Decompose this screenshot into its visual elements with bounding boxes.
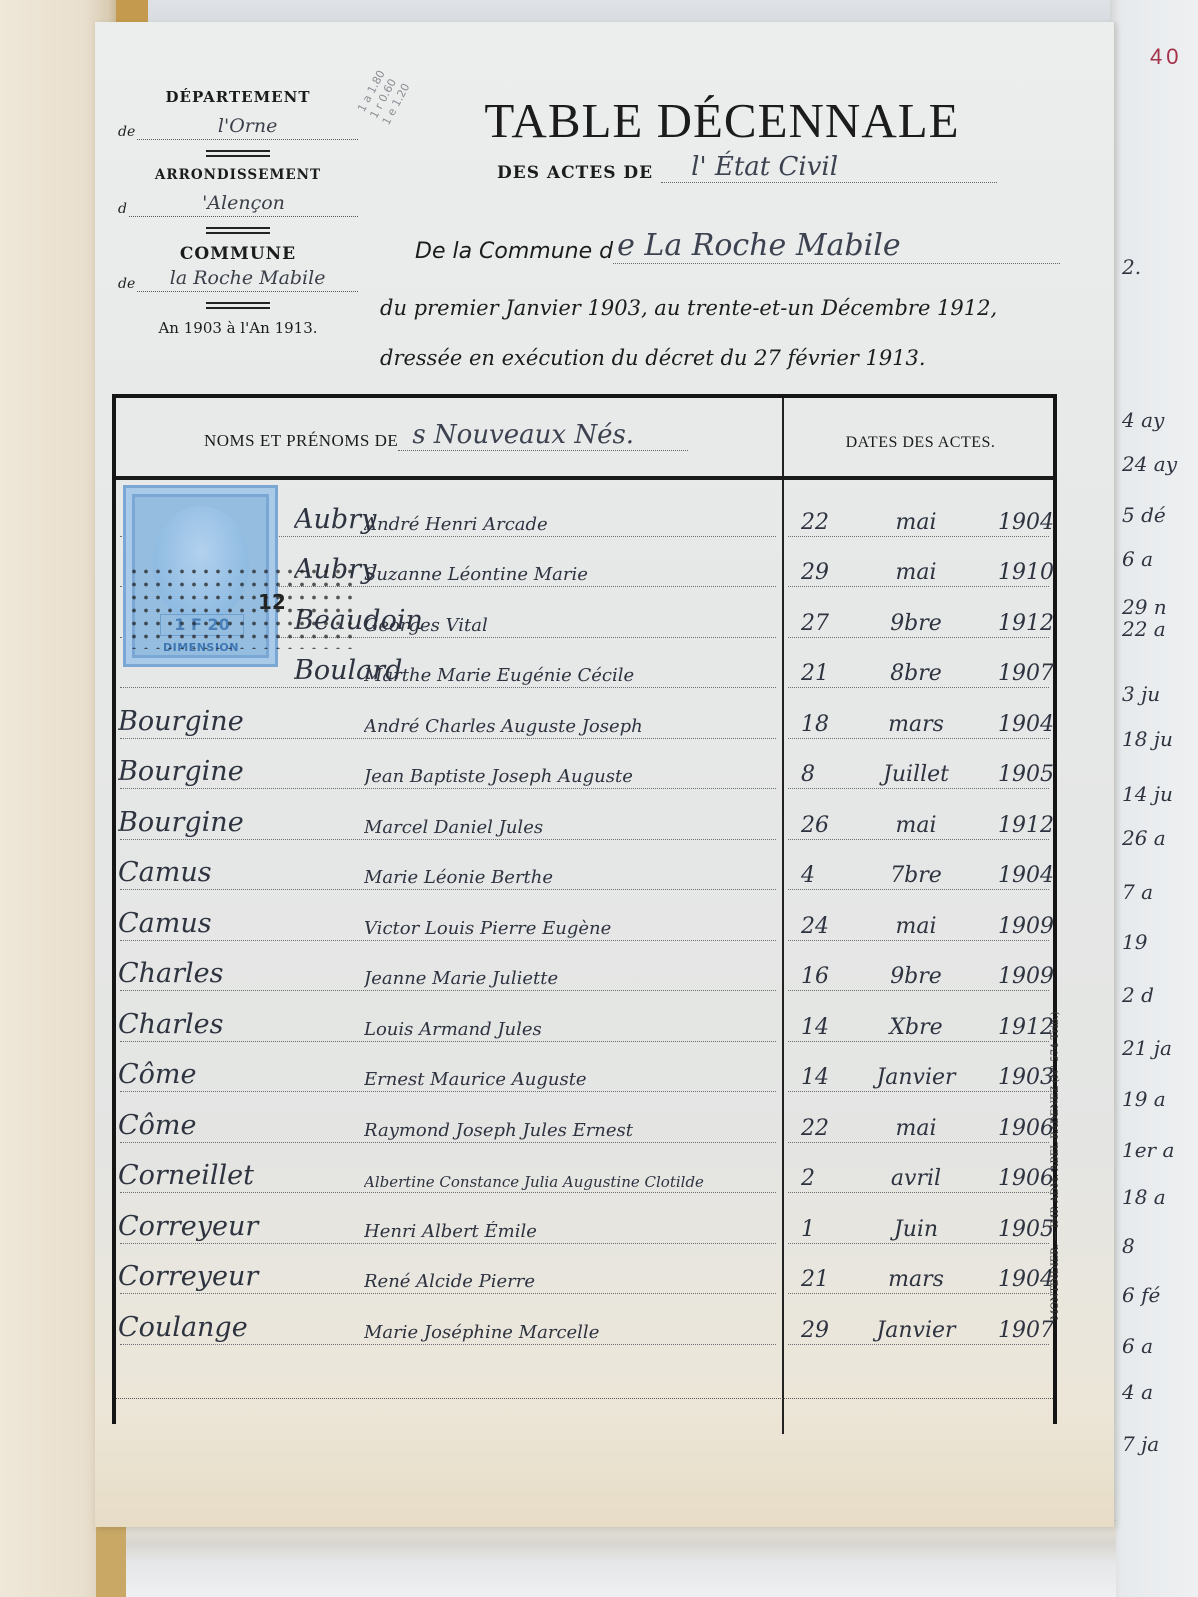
adjacent-note: 3 ju (1122, 682, 1160, 706)
adjacent-note: 4 ay (1122, 408, 1164, 432)
surname: Charles (118, 958, 278, 989)
department-field: de l'Orne (118, 108, 358, 140)
date-day: 2 (801, 1166, 851, 1191)
adjacent-note: 2. (1122, 255, 1141, 279)
date-month: mai (861, 813, 971, 838)
date-year: 1905 (978, 1217, 1054, 1242)
adjacent-note: 2 d (1122, 983, 1154, 1007)
decree-line: dressée en exécution du décret du 27 fév… (380, 346, 1060, 370)
adjacent-note: 6 fé (1122, 1283, 1160, 1307)
date-year: 1907 (978, 1318, 1054, 1343)
date-month: avril (861, 1166, 971, 1191)
commune-value: la Roche Mabile (137, 267, 358, 292)
table-row: Correyeur René Alcide Pierre 21 mars 190… (116, 1244, 1053, 1295)
given-names: André Charles Auguste Joseph (364, 716, 782, 737)
surname: Côme (118, 1059, 278, 1090)
perforation-cancel-mark (128, 565, 360, 649)
date-day: 18 (801, 712, 851, 737)
surname: Bourgine (118, 706, 278, 737)
arrondissement-label: ARRONDISSEMENT (118, 167, 358, 183)
arrondissement-prefix: d (118, 201, 127, 217)
date-month: mai (861, 510, 971, 535)
given-names: René Alcide Pierre (364, 1271, 782, 1292)
given-names: Suzanne Léontine Marie (364, 564, 782, 585)
perforation-number: 12 (258, 590, 286, 614)
department-prefix: de (118, 124, 135, 140)
table-row: Coulange Marie Joséphine Marcelle 29 Jan… (116, 1294, 1053, 1345)
date-year: 1905 (978, 762, 1054, 787)
adjacent-note: 6 a (1122, 1334, 1153, 1358)
adjacent-note: 18 ju (1122, 727, 1173, 751)
surname: Bourgine (118, 756, 278, 787)
adjacent-note: 22 a (1122, 617, 1166, 641)
double-rule (206, 150, 270, 157)
given-names: Louis Armand Jules (364, 1019, 782, 1040)
adjacent-note: 7 ja (1122, 1432, 1159, 1456)
date-day: 8 (801, 762, 851, 787)
given-names: Jeanne Marie Juliette (364, 968, 782, 989)
date-month: Xbre (861, 1015, 971, 1040)
arrondissement-field: d 'Alençon (118, 185, 358, 217)
date-year: 1909 (978, 914, 1054, 939)
given-names: André Henri Arcade (364, 514, 782, 535)
underlying-sheets (126, 1520, 1116, 1597)
date-year: 1904 (978, 1267, 1054, 1292)
date-year: 1912 (978, 813, 1054, 838)
table-row: Côme Raymond Joseph Jules Ernest 22 mai … (116, 1092, 1053, 1143)
date-day: 22 (801, 510, 851, 535)
table-row: Camus Marie Léonie Berthe 4 7bre 1904 (116, 840, 1053, 891)
date-month: Juin (861, 1217, 971, 1242)
date-month: 9bre (861, 964, 971, 989)
date-month: mai (861, 914, 971, 939)
date-day: 26 (801, 813, 851, 838)
table-row: Camus Victor Louis Pierre Eugène 24 mai … (116, 890, 1053, 941)
adjacent-note: 24 ay (1122, 452, 1177, 476)
commune-line-value: e La Roche Mabile (613, 228, 1060, 264)
header-names-value: s Nouveaux Nés. (398, 420, 688, 451)
dotted-line (788, 1344, 1049, 1345)
date-month: mai (861, 560, 971, 585)
given-names: Victor Louis Pierre Eugène (364, 918, 782, 939)
given-names: Marthe Marie Eugénie Cécile (364, 665, 782, 686)
date-day: 29 (801, 1318, 851, 1343)
given-names: Jean Baptiste Joseph Auguste (364, 766, 782, 787)
date-day: 27 (801, 611, 851, 636)
department-value: l'Orne (137, 115, 358, 140)
given-names: Albertine Constance Julia Augustine Clot… (364, 1173, 782, 1191)
archive-page-number: 40 (1150, 44, 1182, 70)
subtitle-label: DES ACTES DE (497, 163, 653, 183)
date-month: Janvier (861, 1065, 971, 1090)
date-year: 1906 (978, 1166, 1054, 1191)
date-day: 24 (801, 914, 851, 939)
adjacent-note: 21 ja (1122, 1036, 1172, 1060)
given-names: Ernest Maurice Auguste (364, 1069, 782, 1090)
adjacent-note: 18 a (1122, 1185, 1166, 1209)
date-day: 14 (801, 1065, 851, 1090)
commune-field: de la Roche Mabile (118, 260, 358, 292)
header-dates: DATES DES ACTES. (784, 434, 1057, 452)
table-row: Côme Ernest Maurice Auguste 14 Janvier 1… (116, 1042, 1053, 1093)
given-names: Raymond Joseph Jules Ernest (364, 1120, 782, 1141)
given-names: Marie Joséphine Marcelle (364, 1322, 782, 1343)
header-names: NOMS ET PRÉNOMS DE s Nouveaux Nés. (204, 420, 774, 451)
table-row: Charles Jeanne Marie Juliette 16 9bre 19… (116, 941, 1053, 992)
double-rule (206, 302, 270, 309)
table-row: Bourgine Jean Baptiste Joseph Auguste 8 … (116, 739, 1053, 790)
date-year: 1906 (978, 1116, 1054, 1141)
date-month: 7bre (861, 863, 971, 888)
table-row: Corneillet Albertine Constance Julia Aug… (116, 1143, 1053, 1194)
date-year: 1910 (978, 560, 1054, 585)
date-year: 1904 (978, 863, 1054, 888)
adjacent-note: 5 dé (1122, 503, 1166, 527)
date-month: 9bre (861, 611, 971, 636)
adjacent-note: 29 n (1122, 595, 1167, 619)
given-names: Henri Albert Émile (364, 1221, 782, 1242)
surname: Bourgine (118, 807, 278, 838)
date-day: 21 (801, 661, 851, 686)
date-year: 1907 (978, 661, 1054, 686)
date-year: 1904 (978, 712, 1054, 737)
date-day: 1 (801, 1217, 851, 1242)
year-range: An 1903 à l'An 1913. (118, 319, 358, 337)
double-rule (206, 227, 270, 234)
date-month: mai (861, 1116, 971, 1141)
date-year: 1903 (978, 1065, 1054, 1090)
surname: Côme (118, 1110, 278, 1141)
adjacent-note: 1er a (1122, 1138, 1174, 1162)
table-row: Correyeur Henri Albert Émile 1 Juin 1905 (116, 1193, 1053, 1244)
date-year: 1912 (978, 611, 1054, 636)
period-line: du premier Janvier 1903, au trente-et-un… (380, 296, 1060, 320)
date-month: mars (861, 1267, 971, 1292)
table-row: Charles Louis Armand Jules 14 Xbre 1912 (116, 991, 1053, 1042)
adjacent-note: 19 (1122, 930, 1147, 954)
given-names: Georges Vital (364, 615, 782, 636)
date-month: Juillet (861, 762, 971, 787)
surname: Camus (118, 908, 278, 939)
given-names: Marie Léonie Berthe (364, 867, 782, 888)
date-day: 14 (801, 1015, 851, 1040)
surname: Charles (118, 1009, 278, 1040)
surname: Correyeur (118, 1261, 278, 1292)
date-day: 4 (801, 863, 851, 888)
subtitle-value: l' État Civil (661, 152, 997, 183)
adjacent-note: 19 a (1122, 1087, 1166, 1111)
date-month: mars (861, 712, 971, 737)
date-year: 1909 (978, 964, 1054, 989)
dotted-line (120, 1344, 776, 1345)
date-year: 1904 (978, 510, 1054, 535)
adjacent-note: 26 a (1122, 826, 1166, 850)
commune-prefix: de (118, 276, 135, 292)
date-day: 21 (801, 1267, 851, 1292)
administrative-header: DÉPARTEMENT de l'Orne ARRONDISSEMENT d '… (118, 88, 358, 337)
table-bottom-rule (116, 1398, 1053, 1399)
adjacent-note: 14 ju (1122, 782, 1173, 806)
table-row: Bourgine André Charles Auguste Joseph 18… (116, 688, 1053, 739)
date-day: 22 (801, 1116, 851, 1141)
commune-line: De la Commune d e La Roche Mabile (415, 228, 1060, 264)
document-subtitle: DES ACTES DE l' État Civil (497, 152, 997, 183)
commune-line-label: De la Commune d (415, 239, 613, 264)
adjacent-note: 4 a (1122, 1380, 1153, 1404)
adjacent-note: 6 a (1122, 547, 1153, 571)
adjacent-note: 8 (1122, 1234, 1135, 1258)
date-day: 29 (801, 560, 851, 585)
date-month: 8bre (861, 661, 971, 686)
given-names: Marcel Daniel Jules (364, 817, 782, 838)
surname: Coulange (118, 1312, 278, 1343)
date-year: 1912 (978, 1015, 1054, 1040)
surname: Camus (118, 857, 278, 888)
header-names-label: NOMS ET PRÉNOMS DE (204, 431, 398, 451)
printer-imprint: MONTDIDIER. — IMP. ADM. ABEL-RADENEZ (N°… (1050, 1020, 1066, 1320)
table-header: NOMS ET PRÉNOMS DE s Nouveaux Nés. DATES… (116, 398, 1053, 480)
surname: Corneillet (118, 1160, 278, 1191)
document-title: TABLE DÉCENNALE (472, 92, 972, 149)
arrondissement-value: 'Alençon (129, 192, 358, 217)
date-day: 16 (801, 964, 851, 989)
table-row: Bourgine Marcel Daniel Jules 26 mai 1912 (116, 789, 1053, 840)
surname: Correyeur (118, 1211, 278, 1242)
date-month: Janvier (861, 1318, 971, 1343)
adjacent-note: 7 a (1122, 880, 1153, 904)
department-label: DÉPARTEMENT (118, 88, 358, 106)
